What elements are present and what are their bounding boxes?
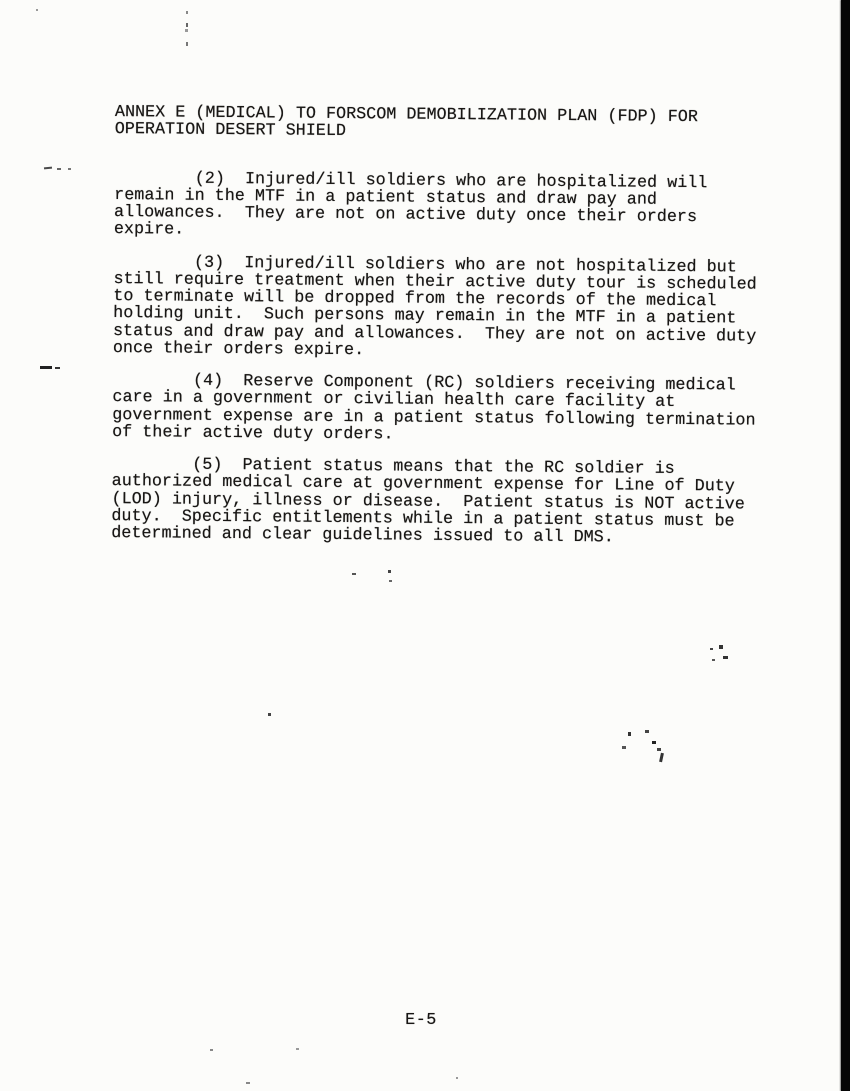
scan-artifact-dot [389,580,392,582]
scan-artifact-dot [388,570,391,573]
scan-artifact-dash [57,168,61,170]
scan-artifact-dot [186,42,188,46]
scan-artifact-dot [652,741,656,744]
paragraph-5: (5) Patient status means that the RC sol… [111,456,792,548]
paragraph-2: (2) Injured/ill soldiers who are hospita… [114,169,795,244]
scan-artifact-mark [659,753,664,762]
scan-edge-bar [841,0,850,1091]
scan-artifact-dot [628,732,631,736]
scan-artifact-dot [68,168,71,170]
scanned-document-page: ANNEX E (MEDICAL) TO FORSCOM DEMOBILIZAT… [0,0,850,1091]
scan-artifact-dot [352,573,356,575]
scan-artifact-dot [719,645,723,649]
scan-artifact-dot [268,713,271,716]
scan-artifact-dot [657,748,661,751]
scan-artifact-dot [456,1077,458,1079]
scan-artifact-dot [185,29,188,32]
scan-artifact-dot [186,11,188,14]
scan-artifact-dot [712,659,715,661]
scan-artifact-dot [36,9,38,11]
scan-artifact-dash [55,367,60,369]
scan-artifact-dot [645,730,649,733]
scan-artifact-dot [186,23,188,27]
scan-artifact-dot [622,746,626,749]
scan-artifact-dot [710,648,713,650]
document-title: ANNEX E (MEDICAL) TO FORSCOM DEMOBILIZAT… [115,104,795,144]
scan-artifact-dot [246,1082,250,1084]
scan-artifact-dash [40,366,52,369]
scan-artifact-dot [210,1049,213,1051]
scan-artifact-dash [44,167,52,170]
paragraph-3: (3) Injured/ill soldiers who are not hos… [113,253,794,362]
paragraph-4: (4) Reserve Component (RC) soldiers rece… [112,372,793,447]
scan-artifact-dot [296,1048,299,1050]
page-number: E-5 [0,1012,842,1029]
scan-artifact-dot [723,656,728,659]
document-text: ANNEX E (MEDICAL) TO FORSCOM DEMOBILIZAT… [111,104,795,548]
